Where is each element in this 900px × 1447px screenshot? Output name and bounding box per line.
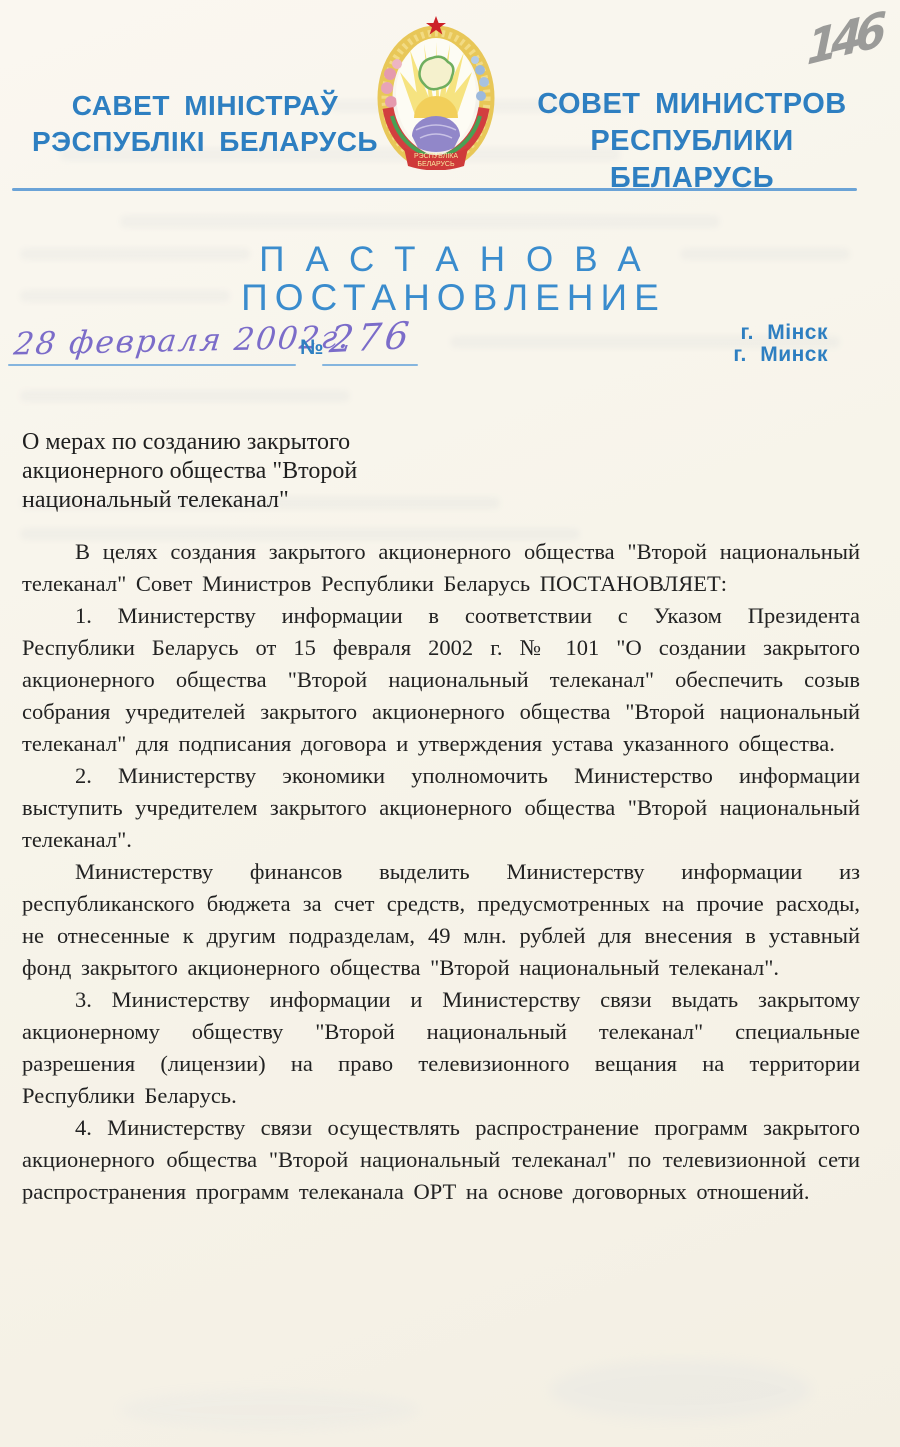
body-paragraph: 2. Министерству экономики уполномочить М… xyxy=(22,760,860,856)
body-paragraph: 1. Министерству информации в соответстви… xyxy=(22,600,860,760)
document-subject: О мерах по созданию закрытого акционерно… xyxy=(22,428,442,515)
document-title-russian: ПОСТАНОВЛЕНИЕ xyxy=(0,277,900,319)
body-paragraph: 3. Министерству информации и Министерств… xyxy=(22,984,860,1112)
org-name-russian: СОВЕТ МИНИСТРОВ РЕСПУБЛИКИ БЕЛАРУСЬ xyxy=(512,86,872,197)
body-paragraph: В целях создания закрытого акционерного … xyxy=(22,536,860,600)
document-number-sign: № xyxy=(300,336,323,360)
bleed-through-artifact xyxy=(20,390,350,402)
date-underline xyxy=(8,364,296,366)
emblem-ribbon-text-line2: БЕЛАРУСЬ xyxy=(417,161,455,168)
paper-smudge xyxy=(550,1360,810,1420)
org-name-belarusian: САВЕТ МІНІСТРАЎ РЭСПУБЛІКІ БЕЛАРУСЬ xyxy=(30,88,380,160)
handwritten-document-number: 276 xyxy=(327,314,415,362)
body-paragraph: 4. Министерству связи осуществлять распр… xyxy=(22,1112,860,1208)
document-body: В целях создания закрытого акционерного … xyxy=(22,536,860,1208)
place-belarusian: г. Мінск xyxy=(640,322,828,344)
emblem-ribbon-text-line1: РЭСПУБЛІКА xyxy=(414,153,458,160)
subject-line: акционерного общества "Второй xyxy=(22,457,442,486)
subject-line: национальный телеканал" xyxy=(22,486,442,515)
coat-of-arms-belarus-icon: РЭСПУБЛІКА БЕЛАРУСЬ xyxy=(376,12,496,170)
scanned-document-page: САВЕТ МІНІСТРАЎ РЭСПУБЛІКІ БЕЛАРУСЬ СОВЕ… xyxy=(0,0,900,1447)
paper-smudge xyxy=(120,1390,420,1430)
number-underline xyxy=(322,364,418,366)
document-title-belarusian: ПАСТАНОВА xyxy=(0,240,900,280)
subject-line: О мерах по созданию закрытого xyxy=(22,428,442,457)
handwritten-page-number: 146 xyxy=(806,2,881,76)
bleed-through-artifact xyxy=(120,215,720,228)
header-divider-rule xyxy=(12,188,857,191)
place-of-issue: г. Мінск г. Минск xyxy=(640,322,828,366)
place-russian: г. Минск xyxy=(640,344,828,366)
body-paragraph: Министерству финансов выделить Министерс… xyxy=(22,856,860,984)
